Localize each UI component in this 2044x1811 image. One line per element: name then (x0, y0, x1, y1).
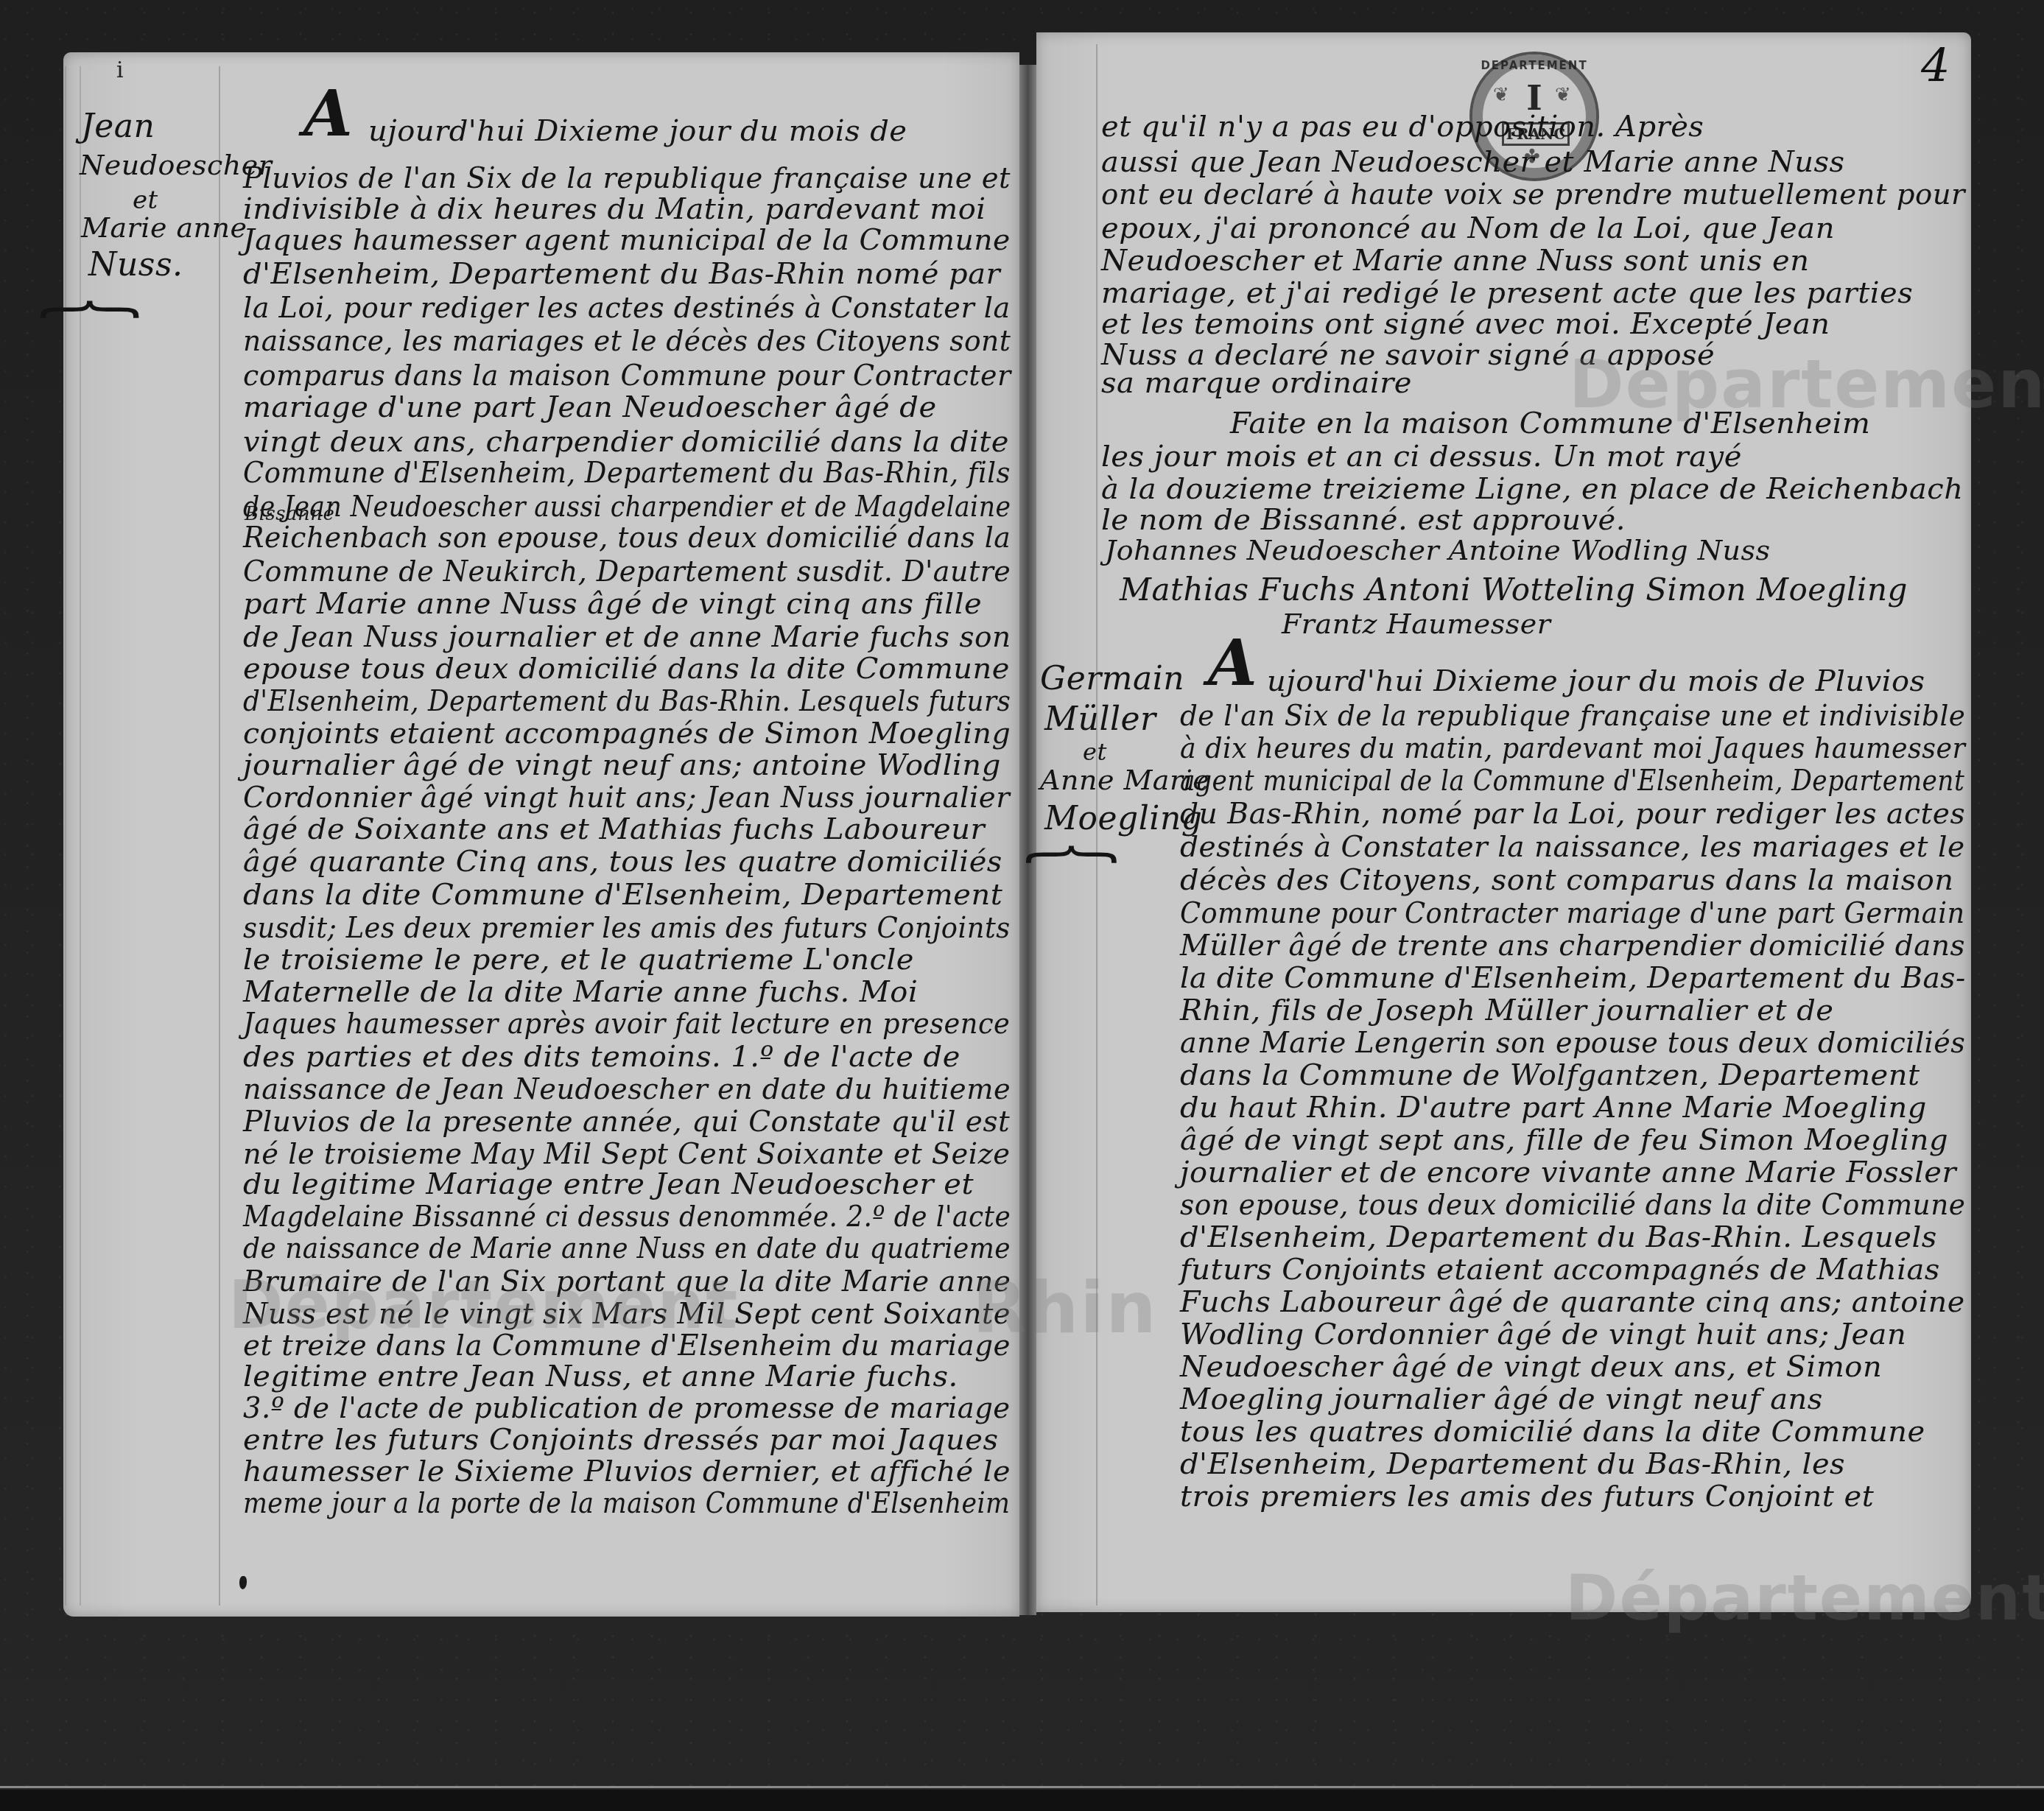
text-line: le troisieme le pere, et le quatrieme L'… (243, 945, 914, 974)
signature-line: Frantz Haumesser (1282, 610, 1550, 638)
text-line: destinés à Constater la naissance, les m… (1180, 832, 1965, 862)
signature-line: Mathias Fuchs Antoni Wotteling Simon Moe… (1120, 574, 1908, 605)
text-line: Pluvios de l'an Six de la republique fra… (243, 163, 1011, 193)
text-line: Commune d'Elsenheim, Departement du Bas-… (243, 458, 1011, 488)
text-line: ujourd'hui Dixieme jour du mois de Pluvi… (1267, 667, 1925, 696)
stamp-ornament-icon: ❦ (1493, 84, 1509, 106)
text-line: naissance, les mariages et le décès des … (243, 326, 1011, 356)
text-line: part Marie anne Nuss âgé de vingt cinq a… (243, 589, 982, 619)
text-line: meme jour a la porte de la maison Commun… (243, 1488, 1010, 1518)
text-line: Rhin, fils de Joseph Müller journalier e… (1180, 996, 1834, 1025)
text-line: legitime entre Jean Nuss, et anne Marie … (243, 1362, 958, 1391)
text-line: Reichenbach son epouse, tous deux domici… (243, 523, 1011, 552)
text-line: sa marque ordinaire (1101, 368, 1412, 398)
text-line: agent municipal de la Commune d'Elsenhei… (1180, 766, 1964, 795)
watermark-text: Département (1565, 1561, 2044, 1635)
text-line: du legitime Mariage entre Jean Neudoesch… (243, 1170, 974, 1199)
text-line: naissance de Jean Neudoescher en date du… (243, 1075, 1011, 1104)
text-line: Neudoescher et Marie anne Nuss sont unis… (1101, 246, 1810, 275)
text-line: indivisible à dix heures du Matin, parde… (243, 194, 986, 224)
text-line: la Loi, pour rediger les actes destinés … (243, 293, 1011, 323)
drop-cap-a: A (303, 82, 353, 146)
margin-name-groom-surname: Müller (1044, 703, 1156, 736)
text-line: Fuchs Laboureur âgé de quarante cinq ans… (1180, 1287, 1965, 1317)
text-line: et qu'il n'y a pas eu d'opposition. Aprè… (1101, 112, 1704, 141)
text-line: la dite Commune d'Elsenheim, Departement… (1180, 963, 1966, 993)
folio-number: 4 (1921, 38, 1950, 92)
text-line: décès des Citoyens, sont comparus dans l… (1180, 865, 1954, 895)
text-line: comparus dans la maison Commune pour Con… (243, 361, 1011, 390)
text-line: d'Elsenheim, Departement du Bas-Rhin nom… (243, 259, 1000, 289)
text-line: mariage, et j'ai redigé le present acte … (1101, 278, 1913, 308)
margin-name-bride-surname: Nuss. (88, 249, 183, 281)
text-line: Commune de Neukirch, Departement susdit.… (243, 557, 1011, 586)
corner-mark: i (116, 57, 124, 83)
stamp-ring-text: DEPARTEMENT (1478, 59, 1590, 72)
text-line: son epouse, tous deux domicilié dans la … (1180, 1190, 1965, 1220)
watermark-text: Département (1569, 346, 2044, 423)
film-edge-line (0, 1786, 2044, 1788)
text-line: Magdelaine Bissanné ci dessus denommée. … (243, 1202, 1011, 1231)
text-line: vingt deux ans, charpendier domicilié da… (243, 427, 1009, 457)
text-line: et les temoins ont signé avec moi. Excep… (1101, 309, 1830, 339)
text-line: d'Elsenheim, Departement du Bas-Rhin, le… (1180, 1449, 1845, 1479)
text-line: futurs Conjoints etaient accompagnés de … (1180, 1255, 1940, 1284)
text-line: âgé quarante Cinq ans, tous les quatre d… (243, 847, 1002, 876)
text-line: de naissance de Marie anne Nuss en date … (243, 1234, 1011, 1263)
text-line: Moegling journalier âgé de vingt neuf an… (1180, 1385, 1823, 1414)
text-line: Maternelle de la dite Marie anne fuchs. … (243, 977, 918, 1007)
margin-name-groom: Germain (1040, 663, 1184, 695)
closing-line: à la douzieme treizieme Ligne, en place … (1101, 474, 1964, 504)
signature-line: Johannes Neudoescher Antoine Wodling Nus… (1105, 536, 1771, 564)
text-line: Wodling Cordonnier âgé de vingt huit ans… (1180, 1320, 1906, 1349)
text-line: 3.º de l'acte de publication de promesse… (243, 1393, 1011, 1423)
text-line: âgé de vingt sept ans, fille de feu Simo… (1180, 1125, 1948, 1155)
text-line: aussi que Jean Neudoescher et Marie anne… (1101, 147, 1845, 177)
text-line: de l'an Six de la republique française u… (1180, 701, 1965, 731)
text-line: dans la Commune de Wolfgantzen, Departem… (1180, 1061, 1920, 1090)
text-line: ujourd'hui Dixieme jour du mois de (368, 116, 907, 146)
text-line: du haut Rhin. D'autre part Anne Marie Mo… (1180, 1093, 1927, 1122)
text-line: Neudoescher âgé de vingt deux ans, et Si… (1180, 1352, 1882, 1382)
text-line: des parties et des dits temoins. 1.º de … (243, 1042, 960, 1072)
text-line: né le troisieme May Mil Sept Cent Soixan… (243, 1139, 1011, 1169)
text-line: susdit; Les deux premier les amis des fu… (243, 913, 1011, 943)
text-line: trois premiers les amis des futurs Conjo… (1180, 1482, 1874, 1511)
text-line: ont eu declaré à haute voix se prendre m… (1101, 180, 1965, 209)
margin-name-bride-surname: Moegling (1044, 803, 1202, 835)
text-line: Müller âgé de trente ans charpendier dom… (1180, 931, 1965, 960)
text-line: Jaques haumesser agent municipal de la C… (243, 225, 1011, 255)
text-line: epoux, j'ai prononcé au Nom de la Loi, q… (1101, 214, 1835, 243)
margin-brace: { (1018, 840, 1131, 868)
margin-brace: { (32, 295, 155, 323)
text-line: tous les quatres domicilié dans la dite … (1180, 1417, 1925, 1446)
text-line: âgé de Soixante ans et Mathias fuchs Lab… (243, 815, 985, 844)
text-line: Pluvios de la presente année, qui Consta… (243, 1107, 1010, 1136)
text-line: à dix heures du matin, pardevant moi Jaq… (1180, 734, 1965, 763)
watermark-text: Rhin (972, 1267, 1158, 1349)
text-line: d'Elsenheim, Departement du Bas-Rhin. Le… (1180, 1223, 1937, 1252)
text-line: haumesser le Sixieme Pluvios dernier, et… (243, 1457, 1011, 1486)
text-line: de Jean Neudoescher aussi charpendier et… (243, 492, 1011, 521)
text-line: journalier âgé de vingt neuf ans; antoin… (243, 750, 1001, 780)
drop-cap-a: A (1208, 632, 1257, 695)
text-line: Commune pour Contracter mariage d'une pa… (1180, 899, 1965, 928)
stamp-ornament-icon: ❦ (1555, 84, 1571, 106)
margin-name-groom: Jean (81, 110, 155, 143)
text-line: du Bas-Rhin, nomé par la Loi, pour redig… (1180, 799, 1965, 829)
margin-name-bride: Marie anne (81, 214, 247, 242)
film-bottom-band (0, 1790, 2044, 1811)
text-line: entre les futurs Conjoints dressés par m… (243, 1425, 998, 1455)
text-line: conjoints etaient accompagnés de Simon M… (243, 719, 1011, 748)
text-line: journalier et de encore vivante anne Mar… (1180, 1158, 1956, 1187)
margin-name-conjunction: et (133, 188, 158, 213)
margin-name-conjunction: et (1083, 740, 1107, 764)
text-line: Cordonnier âgé vingt huit ans; Jean Nuss… (243, 783, 1010, 812)
text-line: Jaques haumesser après avoir fait lectur… (243, 1009, 1010, 1038)
watermark-text: Département (228, 1267, 739, 1344)
text-line: epouse tous deux domicilié dans la dite … (243, 654, 1010, 683)
text-line: dans la dite Commune d'Elsenheim, Depart… (243, 880, 1002, 910)
left-margin-rule (219, 66, 220, 1606)
text-line: de Jean Nuss journalier et de anne Marie… (243, 622, 1011, 652)
text-line: anne Marie Lengerin son epouse tous deux… (1180, 1028, 1965, 1058)
closing-line: le nom de Bissanné. est approuvé. (1101, 505, 1626, 535)
text-line: d'Elsenheim, Departement du Bas-Rhin. Le… (243, 686, 1011, 716)
text-line: mariage d'une part Jean Neudoescher âgé … (243, 393, 937, 422)
closing-line: les jour mois et an ci dessus. Un mot ra… (1101, 442, 1742, 471)
